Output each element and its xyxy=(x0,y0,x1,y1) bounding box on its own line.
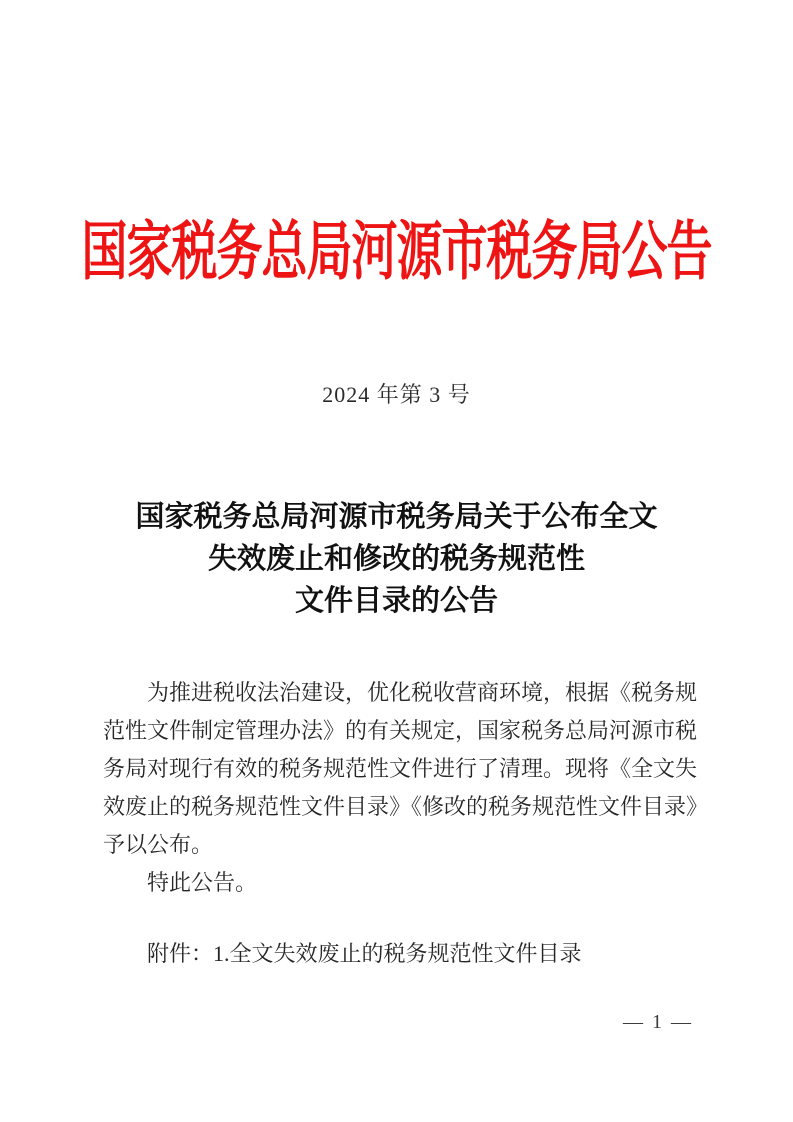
doc-number: 2024 年第 3 号 xyxy=(0,382,793,408)
announcement-headline: 国家税务总局河源市税务局关于公布全文 失效废止和修改的税务规范性 文件目录的公告 xyxy=(0,496,793,622)
headline-line-3: 文件目录的公告 xyxy=(0,580,793,622)
closing-line: 特此公告。 xyxy=(103,864,697,902)
document-page: 国家税务总局河源市税务局公告 2024 年第 3 号 国家税务总局河源市税务局关… xyxy=(0,0,793,1122)
headline-line-2: 失效废止和修改的税务规范性 xyxy=(0,538,793,580)
document-body: 为推进税收法治建设，优化税收营商环境，根据《税务规范性文件制定管理办法》的有关规… xyxy=(103,674,697,973)
document-title: 国家税务总局河源市税务局公告 xyxy=(0,216,793,288)
body-paragraph: 为推进税收法治建设，优化税收营商环境，根据《税务规范性文件制定管理办法》的有关规… xyxy=(103,674,697,864)
attachment-line: 附件：1.全文失效废止的税务规范性文件目录 xyxy=(103,935,697,973)
page-number: — 1 — xyxy=(623,1010,693,1034)
headline-line-1: 国家税务总局河源市税务局关于公布全文 xyxy=(0,496,793,538)
